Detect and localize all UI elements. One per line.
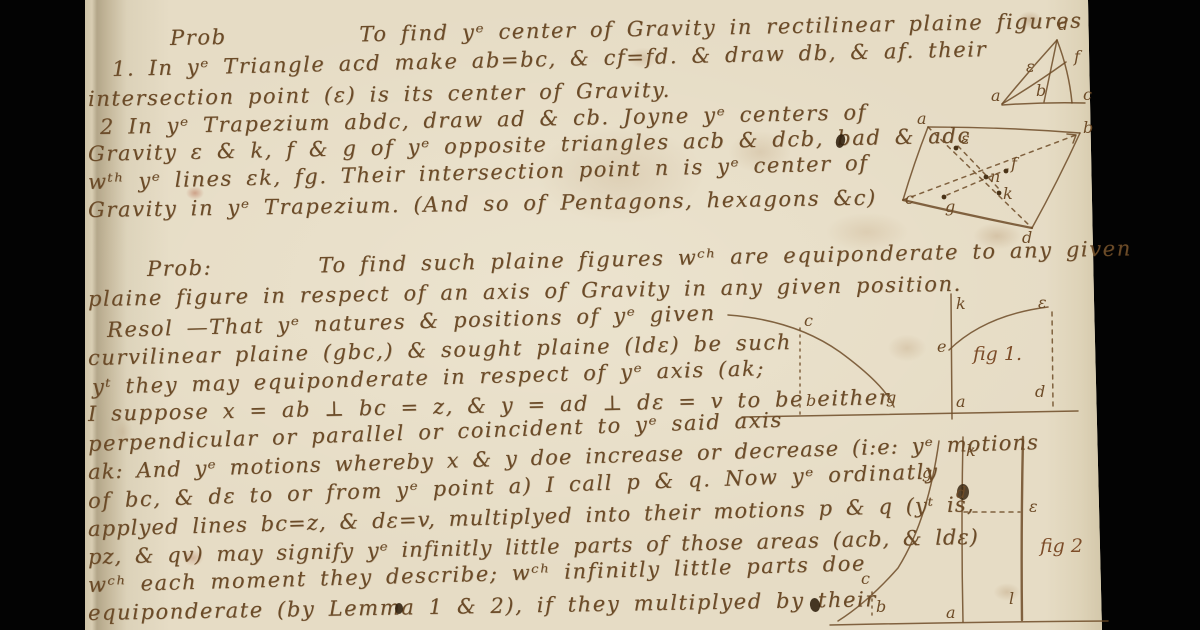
ink-blot [395,603,403,614]
manuscript-photo: Prob To find yᵉ center of Gravity in rec… [0,0,1200,630]
